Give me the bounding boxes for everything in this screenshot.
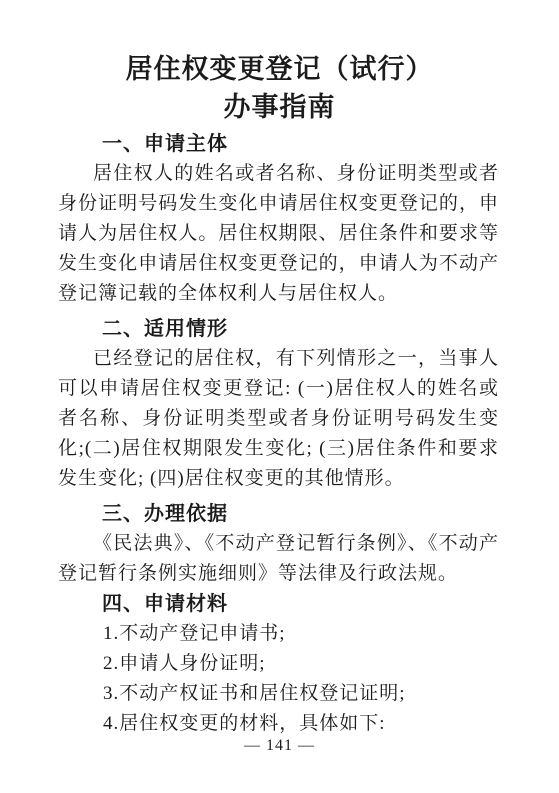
material-item-1: 1.不动产登记申请书; [58, 619, 499, 649]
material-item-4: 4.居住权变更的材料，具体如下: [58, 709, 499, 739]
section-heading-applicable-situations: 二、适用情形 [58, 314, 499, 344]
section-heading-legal-basis: 三、办理依据 [58, 499, 499, 529]
document-title-line-1: 居住权变更登记（试行） [0, 50, 559, 88]
material-item-2: 2.申请人身份证明; [58, 649, 499, 679]
document-content: 一、申请主体 居住权人的姓名或者名称、身份证明类型或者身份证明号码发生变化申请居… [0, 129, 559, 739]
section-body-legal-basis: 《民法典》、《不动产登记暂行条例》、《不动产登记暂行条例实施细则》等法律及行政法… [58, 529, 499, 589]
section-heading-application-subject: 一、申请主体 [58, 129, 499, 159]
document-title: 居住权变更登记（试行） 办事指南 [0, 0, 559, 126]
section-body-applicable-situations: 已经登记的居住权，有下列情形之一，当事人可以申请居住权变更登记: (一)居住权人… [58, 344, 499, 494]
section-heading-application-materials: 四、申请材料 [58, 589, 499, 619]
section-body-application-subject: 居住权人的姓名或者名称、身份证明类型或者身份证明号码发生变化申请居住权变更登记的… [58, 159, 499, 309]
material-item-3: 3.不动产权证书和居住权登记证明; [58, 679, 499, 709]
page-number: — 141 — [0, 736, 559, 756]
document-page: 居住权变更登记（试行） 办事指南 一、申请主体 居住权人的姓名或者名称、身份证明… [0, 0, 559, 793]
document-title-line-2: 办事指南 [0, 88, 559, 126]
